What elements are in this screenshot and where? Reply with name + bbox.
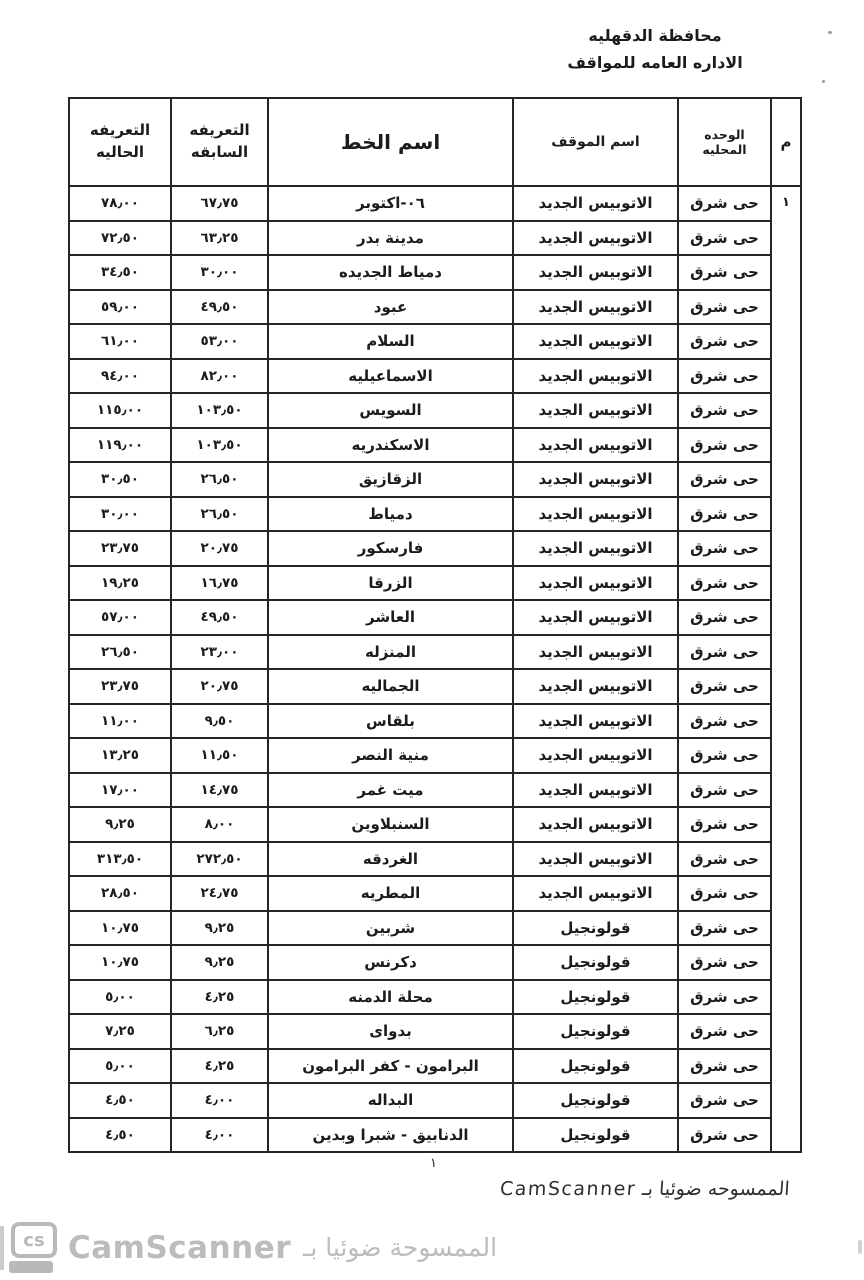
curr-tariff-cell: ١٠٫٧٥ [69, 945, 171, 980]
curr-tariff-cell: ١٧٫٠٠ [69, 773, 171, 808]
table-row: حى شرققولونجيلالبداله٤٫٠٠٤٫٥٠ [69, 1083, 801, 1118]
header-line: اسم الخط [268, 98, 513, 186]
prev-tariff-cell: ٩٫٥٠ [171, 704, 268, 739]
local-unit-cell: حى شرق [678, 704, 771, 739]
station-cell: الاتوبيس الجديد [513, 462, 678, 497]
local-unit-cell: حى شرق [678, 1083, 771, 1118]
curr-tariff-cell: ٣٠٫٠٠ [69, 497, 171, 532]
line-name-cell: المطريه [268, 876, 513, 911]
scan-note-brand: CamScanner [500, 1178, 638, 1200]
table-row: حى شرقالاتوبيس الجديدالمنزله٢٣٫٠٠٢٦٫٥٠ [69, 635, 801, 670]
curr-tariff-cell: ٢٨٫٥٠ [69, 876, 171, 911]
line-name-cell: دمياط الجديده [268, 255, 513, 290]
prev-tariff-cell: ٩٫٢٥ [171, 945, 268, 980]
curr-tariff-cell: ٧٨٫٠٠ [69, 186, 171, 221]
table-header-row: م الوحده المحليه اسم الموقف اسم الخط الت… [69, 98, 801, 186]
curr-tariff-cell: ٣٠٫٥٠ [69, 462, 171, 497]
table-row: حى شرقالاتوبيس الجديدالمطريه٢٤٫٧٥٢٨٫٥٠ [69, 876, 801, 911]
station-cell: الاتوبيس الجديد [513, 393, 678, 428]
table-row: حى شرققولونجيلدكرنس٩٫٢٥١٠٫٧٥ [69, 945, 801, 980]
line-name-cell: عبود [268, 290, 513, 325]
curr-tariff-cell: ١١٩٫٠٠ [69, 428, 171, 463]
prev-tariff-cell: ٣٠٫٠٠ [171, 255, 268, 290]
line-name-cell: الزرقا [268, 566, 513, 601]
station-cell: الاتوبيس الجديد [513, 428, 678, 463]
local-unit-cell: حى شرق [678, 359, 771, 394]
line-name-cell: الجماليه [268, 669, 513, 704]
prev-tariff-cell: ١١٫٥٠ [171, 738, 268, 773]
prev-tariff-cell: ٨٫٠٠ [171, 807, 268, 842]
header-curr-tariff: التعريفه الحاليه [69, 98, 171, 186]
local-unit-cell: حى شرق [678, 428, 771, 463]
header-station: اسم الموقف [513, 98, 678, 186]
local-unit-cell: حى شرق [678, 635, 771, 670]
curr-tariff-cell: ١٠٫٧٥ [69, 911, 171, 946]
curr-tariff-cell: ٣١٣٫٥٠ [69, 842, 171, 877]
station-cell: الاتوبيس الجديد [513, 221, 678, 256]
table-row: حى شرقالاتوبيس الجديدالعاشر٤٩٫٥٠٥٧٫٠٠ [69, 600, 801, 635]
camscanner-logo-text: cs [23, 1230, 44, 1251]
station-cell: الاتوبيس الجديد [513, 290, 678, 325]
station-cell: الاتوبيس الجديد [513, 324, 678, 359]
header-prev-tariff: التعريفه السابقه [171, 98, 268, 186]
table-row: حى شرقالاتوبيس الجديددمياط الجديده٣٠٫٠٠٣… [69, 255, 801, 290]
curr-tariff-cell: ١١٥٫٠٠ [69, 393, 171, 428]
curr-tariff-cell: ٢٦٫٥٠ [69, 635, 171, 670]
station-cell: قولونجيل [513, 980, 678, 1015]
table-row: حى شرقالاتوبيس الجديدفارسكور٢٠٫٧٥٢٣٫٧٥ [69, 531, 801, 566]
local-unit-cell: حى شرق [678, 738, 771, 773]
prev-tariff-cell: ٨٢٫٠٠ [171, 359, 268, 394]
table-row: حى شرققولونجيلشربين٩٫٢٥١٠٫٧٥ [69, 911, 801, 946]
curr-tariff-cell: ٦١٫٠٠ [69, 324, 171, 359]
line-name-cell: الاسكندريه [268, 428, 513, 463]
prev-tariff-cell: ٢٦٫٥٠ [171, 462, 268, 497]
station-cell: الاتوبيس الجديد [513, 738, 678, 773]
prev-tariff-cell: ٢٠٫٧٥ [171, 669, 268, 704]
line-name-cell: البداله [268, 1083, 513, 1118]
station-cell: الاتوبيس الجديد [513, 876, 678, 911]
table-row: حى شرقالاتوبيس الجديددمياط٢٦٫٥٠٣٠٫٠٠ [69, 497, 801, 532]
table-row: حى شرققولونجيلالدنابيق - شبرا وبدين٤٫٠٠٤… [69, 1118, 801, 1153]
camscanner-logo-base [9, 1261, 53, 1273]
curr-tariff-cell: ١٩٫٢٥ [69, 566, 171, 601]
line-name-cell: الغردقه [268, 842, 513, 877]
curr-tariff-cell: ٩٫٢٥ [69, 807, 171, 842]
prev-tariff-cell: ١٠٣٫٥٠ [171, 393, 268, 428]
local-unit-cell: حى شرق [678, 566, 771, 601]
prev-tariff-cell: ٢٤٫٧٥ [171, 876, 268, 911]
line-name-cell: فارسكور [268, 531, 513, 566]
line-name-cell: السنبلاوين [268, 807, 513, 842]
curr-tariff-cell: ٧٫٢٥ [69, 1014, 171, 1049]
prev-tariff-cell: ١٤٫٧٥ [171, 773, 268, 808]
station-cell: الاتوبيس الجديد [513, 566, 678, 601]
scan-speck [858, 1240, 862, 1254]
station-cell: الاتوبيس الجديد [513, 255, 678, 290]
curr-tariff-cell: ٧٢٫٥٠ [69, 221, 171, 256]
prev-tariff-cell: ٤٩٫٥٠ [171, 290, 268, 325]
local-unit-cell: حى شرق [678, 807, 771, 842]
line-name-cell: دمياط [268, 497, 513, 532]
station-cell: الاتوبيس الجديد [513, 773, 678, 808]
local-unit-cell: حى شرق [678, 186, 771, 221]
prev-tariff-cell: ٤٩٫٥٠ [171, 600, 268, 635]
table-row: حى شرقالاتوبيس الجديدالسويس١٠٣٫٥٠١١٥٫٠٠ [69, 393, 801, 428]
curr-tariff-cell: ٤٫٥٠ [69, 1118, 171, 1153]
line-name-cell: المنزله [268, 635, 513, 670]
scan-note: الممسوحه ضوئيا بـ CamScanner [500, 1178, 791, 1200]
camscanner-watermark: cs CamScanner الممسوحة ضوئيا بـ [0, 1222, 497, 1273]
header-local-unit: الوحده المحليه [678, 98, 771, 186]
curr-tariff-cell: ٥٧٫٠٠ [69, 600, 171, 635]
table-row: حى شرقالاتوبيس الجديدالزقازيق٢٦٫٥٠٣٠٫٥٠ [69, 462, 801, 497]
table-row: حى شرقالاتوبيس الجديدمدينة بدر٦٣٫٢٥٧٢٫٥٠ [69, 221, 801, 256]
local-unit-cell: حى شرق [678, 669, 771, 704]
table-row: حى شرقالاتوبيس الجديدالاسماعيليه٨٢٫٠٠٩٤٫… [69, 359, 801, 394]
watermark-arabic-text: الممسوحة ضوئيا بـ [303, 1233, 497, 1262]
local-unit-cell: حى شرق [678, 945, 771, 980]
station-cell: الاتوبيس الجديد [513, 704, 678, 739]
station-cell: الاتوبيس الجديد [513, 497, 678, 532]
station-cell: الاتوبيس الجديد [513, 531, 678, 566]
curr-tariff-cell: ٥٫٠٠ [69, 980, 171, 1015]
local-unit-cell: حى شرق [678, 324, 771, 359]
station-cell: قولونجيل [513, 1083, 678, 1118]
prev-tariff-cell: ٢٧٢٫٥٠ [171, 842, 268, 877]
local-unit-cell: حى شرق [678, 462, 771, 497]
scan-speck [828, 31, 832, 34]
prev-tariff-cell: ٤٫٠٠ [171, 1118, 268, 1153]
station-cell: الاتوبيس الجديد [513, 669, 678, 704]
station-cell: قولونجيل [513, 1118, 678, 1153]
org-header: محافظة الدقهليه الاداره العامه للمواقف [538, 22, 772, 76]
line-name-cell: ميت غمر [268, 773, 513, 808]
table-row: حى شرقالاتوبيس الجديدالسلام٥٣٫٠٠٦١٫٠٠ [69, 324, 801, 359]
line-name-cell: منية النصر [268, 738, 513, 773]
local-unit-cell: حى شرق [678, 1014, 771, 1049]
line-name-cell: بدواى [268, 1014, 513, 1049]
curr-tariff-cell: ٤٫٥٠ [69, 1083, 171, 1118]
local-unit-cell: حى شرق [678, 221, 771, 256]
prev-tariff-cell: ٢٣٫٠٠ [171, 635, 268, 670]
camscanner-logo-box: cs [11, 1222, 57, 1258]
line-name-cell: بلقاس [268, 704, 513, 739]
scanned-document-page: { "header": { "org_line1": "محافظة الدقه… [0, 0, 864, 1280]
fare-table: م الوحده المحليه اسم الموقف اسم الخط الت… [68, 97, 802, 1153]
curr-tariff-cell: ١١٫٠٠ [69, 704, 171, 739]
camscanner-logo-icon: cs [11, 1222, 57, 1273]
prev-tariff-cell: ٥٣٫٠٠ [171, 324, 268, 359]
table-row: حى شرقالاتوبيس الجديدبلقاس٩٫٥٠١١٫٠٠ [69, 704, 801, 739]
line-name-cell: البرامون - كفر البرامون [268, 1049, 513, 1084]
line-name-cell: ٠٦-اكتوبر [268, 186, 513, 221]
local-unit-cell: حى شرق [678, 773, 771, 808]
station-cell: الاتوبيس الجديد [513, 186, 678, 221]
line-name-cell: محلة الدمنه [268, 980, 513, 1015]
curr-tariff-cell: ٢٣٫٧٥ [69, 531, 171, 566]
curr-tariff-cell: ٥٩٫٠٠ [69, 290, 171, 325]
station-cell: قولونجيل [513, 911, 678, 946]
fare-table-body: ١حى شرقالاتوبيس الجديد٠٦-اكتوبر٦٧٫٧٥٧٨٫٠… [69, 186, 801, 1152]
station-cell: قولونجيل [513, 1014, 678, 1049]
prev-tariff-cell: ١٠٣٫٥٠ [171, 428, 268, 463]
line-name-cell: مدينة بدر [268, 221, 513, 256]
station-cell: الاتوبيس الجديد [513, 842, 678, 877]
local-unit-cell: حى شرق [678, 842, 771, 877]
prev-tariff-cell: ٤٫٠٠ [171, 1083, 268, 1118]
table-row: حى شرققولونجيلبدواى٦٫٢٥٧٫٢٥ [69, 1014, 801, 1049]
org-name: محافظة الدقهليه [538, 22, 772, 49]
serial-cell: ١ [771, 186, 801, 1152]
table-row: حى شرقالاتوبيس الجديدميت غمر١٤٫٧٥١٧٫٠٠ [69, 773, 801, 808]
local-unit-cell: حى شرق [678, 1049, 771, 1084]
local-unit-cell: حى شرق [678, 290, 771, 325]
prev-tariff-cell: ٢٠٫٧٥ [171, 531, 268, 566]
curr-tariff-cell: ٢٣٫٧٥ [69, 669, 171, 704]
local-unit-cell: حى شرق [678, 980, 771, 1015]
header-serial: م [771, 98, 801, 186]
station-cell: قولونجيل [513, 945, 678, 980]
station-cell: الاتوبيس الجديد [513, 600, 678, 635]
org-department: الاداره العامه للمواقف [538, 49, 772, 76]
scan-speck [822, 80, 825, 83]
station-cell: قولونجيل [513, 1049, 678, 1084]
local-unit-cell: حى شرق [678, 497, 771, 532]
prev-tariff-cell: ١٦٫٧٥ [171, 566, 268, 601]
table-row: حى شرقالاتوبيس الجديدعبود٤٩٫٥٠٥٩٫٠٠ [69, 290, 801, 325]
curr-tariff-cell: ٩٤٫٠٠ [69, 359, 171, 394]
table-row: حى شرقالاتوبيس الجديدالجماليه٢٠٫٧٥٢٣٫٧٥ [69, 669, 801, 704]
table-row: حى شرقالاتوبيس الجديدالزرقا١٦٫٧٥١٩٫٢٥ [69, 566, 801, 601]
table-row: حى شرقالاتوبيس الجديدمنية النصر١١٫٥٠١٣٫٢… [69, 738, 801, 773]
curr-tariff-cell: ٥٫٠٠ [69, 1049, 171, 1084]
scan-note-arabic: الممسوحه ضوئيا بـ [642, 1178, 791, 1200]
local-unit-cell: حى شرق [678, 911, 771, 946]
local-unit-cell: حى شرق [678, 876, 771, 911]
prev-tariff-cell: ٢٦٫٥٠ [171, 497, 268, 532]
table-row: حى شرقالاتوبيس الجديدالاسكندريه١٠٣٫٥٠١١٩… [69, 428, 801, 463]
station-cell: الاتوبيس الجديد [513, 807, 678, 842]
prev-tariff-cell: ٤٫٢٥ [171, 980, 268, 1015]
local-unit-cell: حى شرق [678, 1118, 771, 1153]
watermark-brand: CamScanner [68, 1230, 291, 1266]
line-name-cell: الزقازيق [268, 462, 513, 497]
local-unit-cell: حى شرق [678, 600, 771, 635]
station-cell: الاتوبيس الجديد [513, 635, 678, 670]
prev-tariff-cell: ٤٫٢٥ [171, 1049, 268, 1084]
station-cell: الاتوبيس الجديد [513, 359, 678, 394]
prev-tariff-cell: ٦٫٢٥ [171, 1014, 268, 1049]
line-name-cell: السويس [268, 393, 513, 428]
line-name-cell: العاشر [268, 600, 513, 635]
curr-tariff-cell: ٣٤٫٥٠ [69, 255, 171, 290]
prev-tariff-cell: ٦٧٫٧٥ [171, 186, 268, 221]
line-name-cell: دكرنس [268, 945, 513, 980]
table-row: حى شرققولونجيلالبرامون - كفر البرامون٤٫٢… [69, 1049, 801, 1084]
table-row: حى شرقالاتوبيس الجديدالسنبلاوين٨٫٠٠٩٫٢٥ [69, 807, 801, 842]
table-row: حى شرققولونجيلمحلة الدمنه٤٫٢٥٥٫٠٠ [69, 980, 801, 1015]
local-unit-cell: حى شرق [678, 255, 771, 290]
line-name-cell: الاسماعيليه [268, 359, 513, 394]
page-number: ١ [430, 1156, 437, 1171]
curr-tariff-cell: ١٣٫٢٥ [69, 738, 171, 773]
table-row: حى شرقالاتوبيس الجديدالغردقه٢٧٢٫٥٠٣١٣٫٥٠ [69, 842, 801, 877]
watermark-edge-bar [0, 1226, 4, 1270]
table-row: ١حى شرقالاتوبيس الجديد٠٦-اكتوبر٦٧٫٧٥٧٨٫٠… [69, 186, 801, 221]
prev-tariff-cell: ٩٫٢٥ [171, 911, 268, 946]
local-unit-cell: حى شرق [678, 531, 771, 566]
prev-tariff-cell: ٦٣٫٢٥ [171, 221, 268, 256]
local-unit-cell: حى شرق [678, 393, 771, 428]
line-name-cell: شربين [268, 911, 513, 946]
line-name-cell: الدنابيق - شبرا وبدين [268, 1118, 513, 1153]
line-name-cell: السلام [268, 324, 513, 359]
